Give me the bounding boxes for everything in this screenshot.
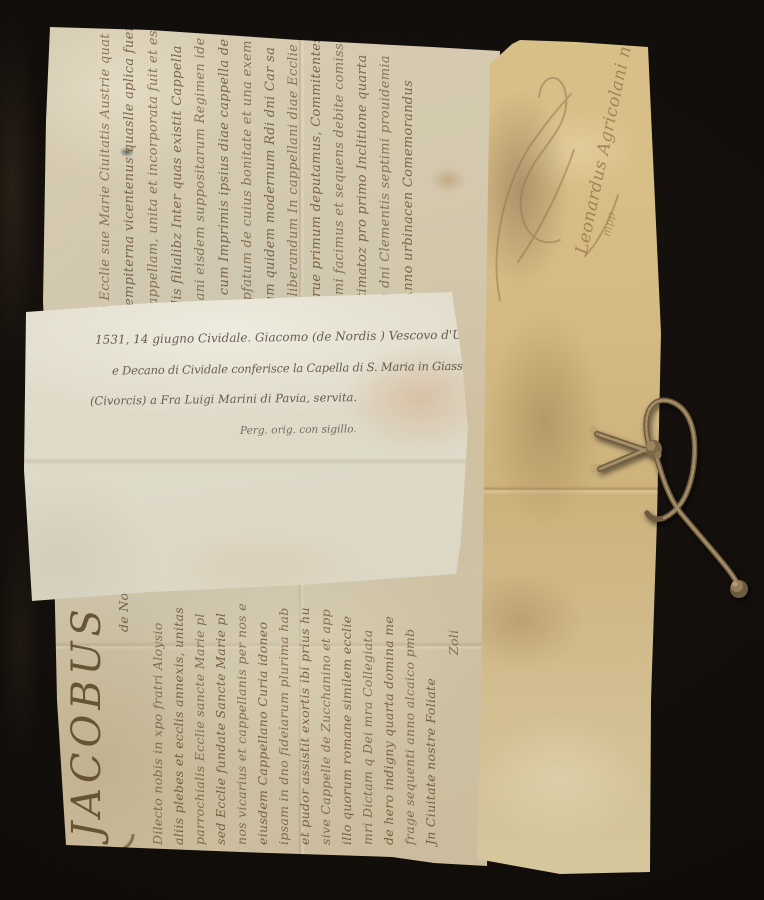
seal-cord	[0, 0, 764, 900]
photo-background: e Ecclie sue Marie Ciuitatis Austrie qua…	[0, 0, 764, 900]
cord-end-knot	[730, 580, 748, 598]
cord-knot	[646, 440, 662, 459]
